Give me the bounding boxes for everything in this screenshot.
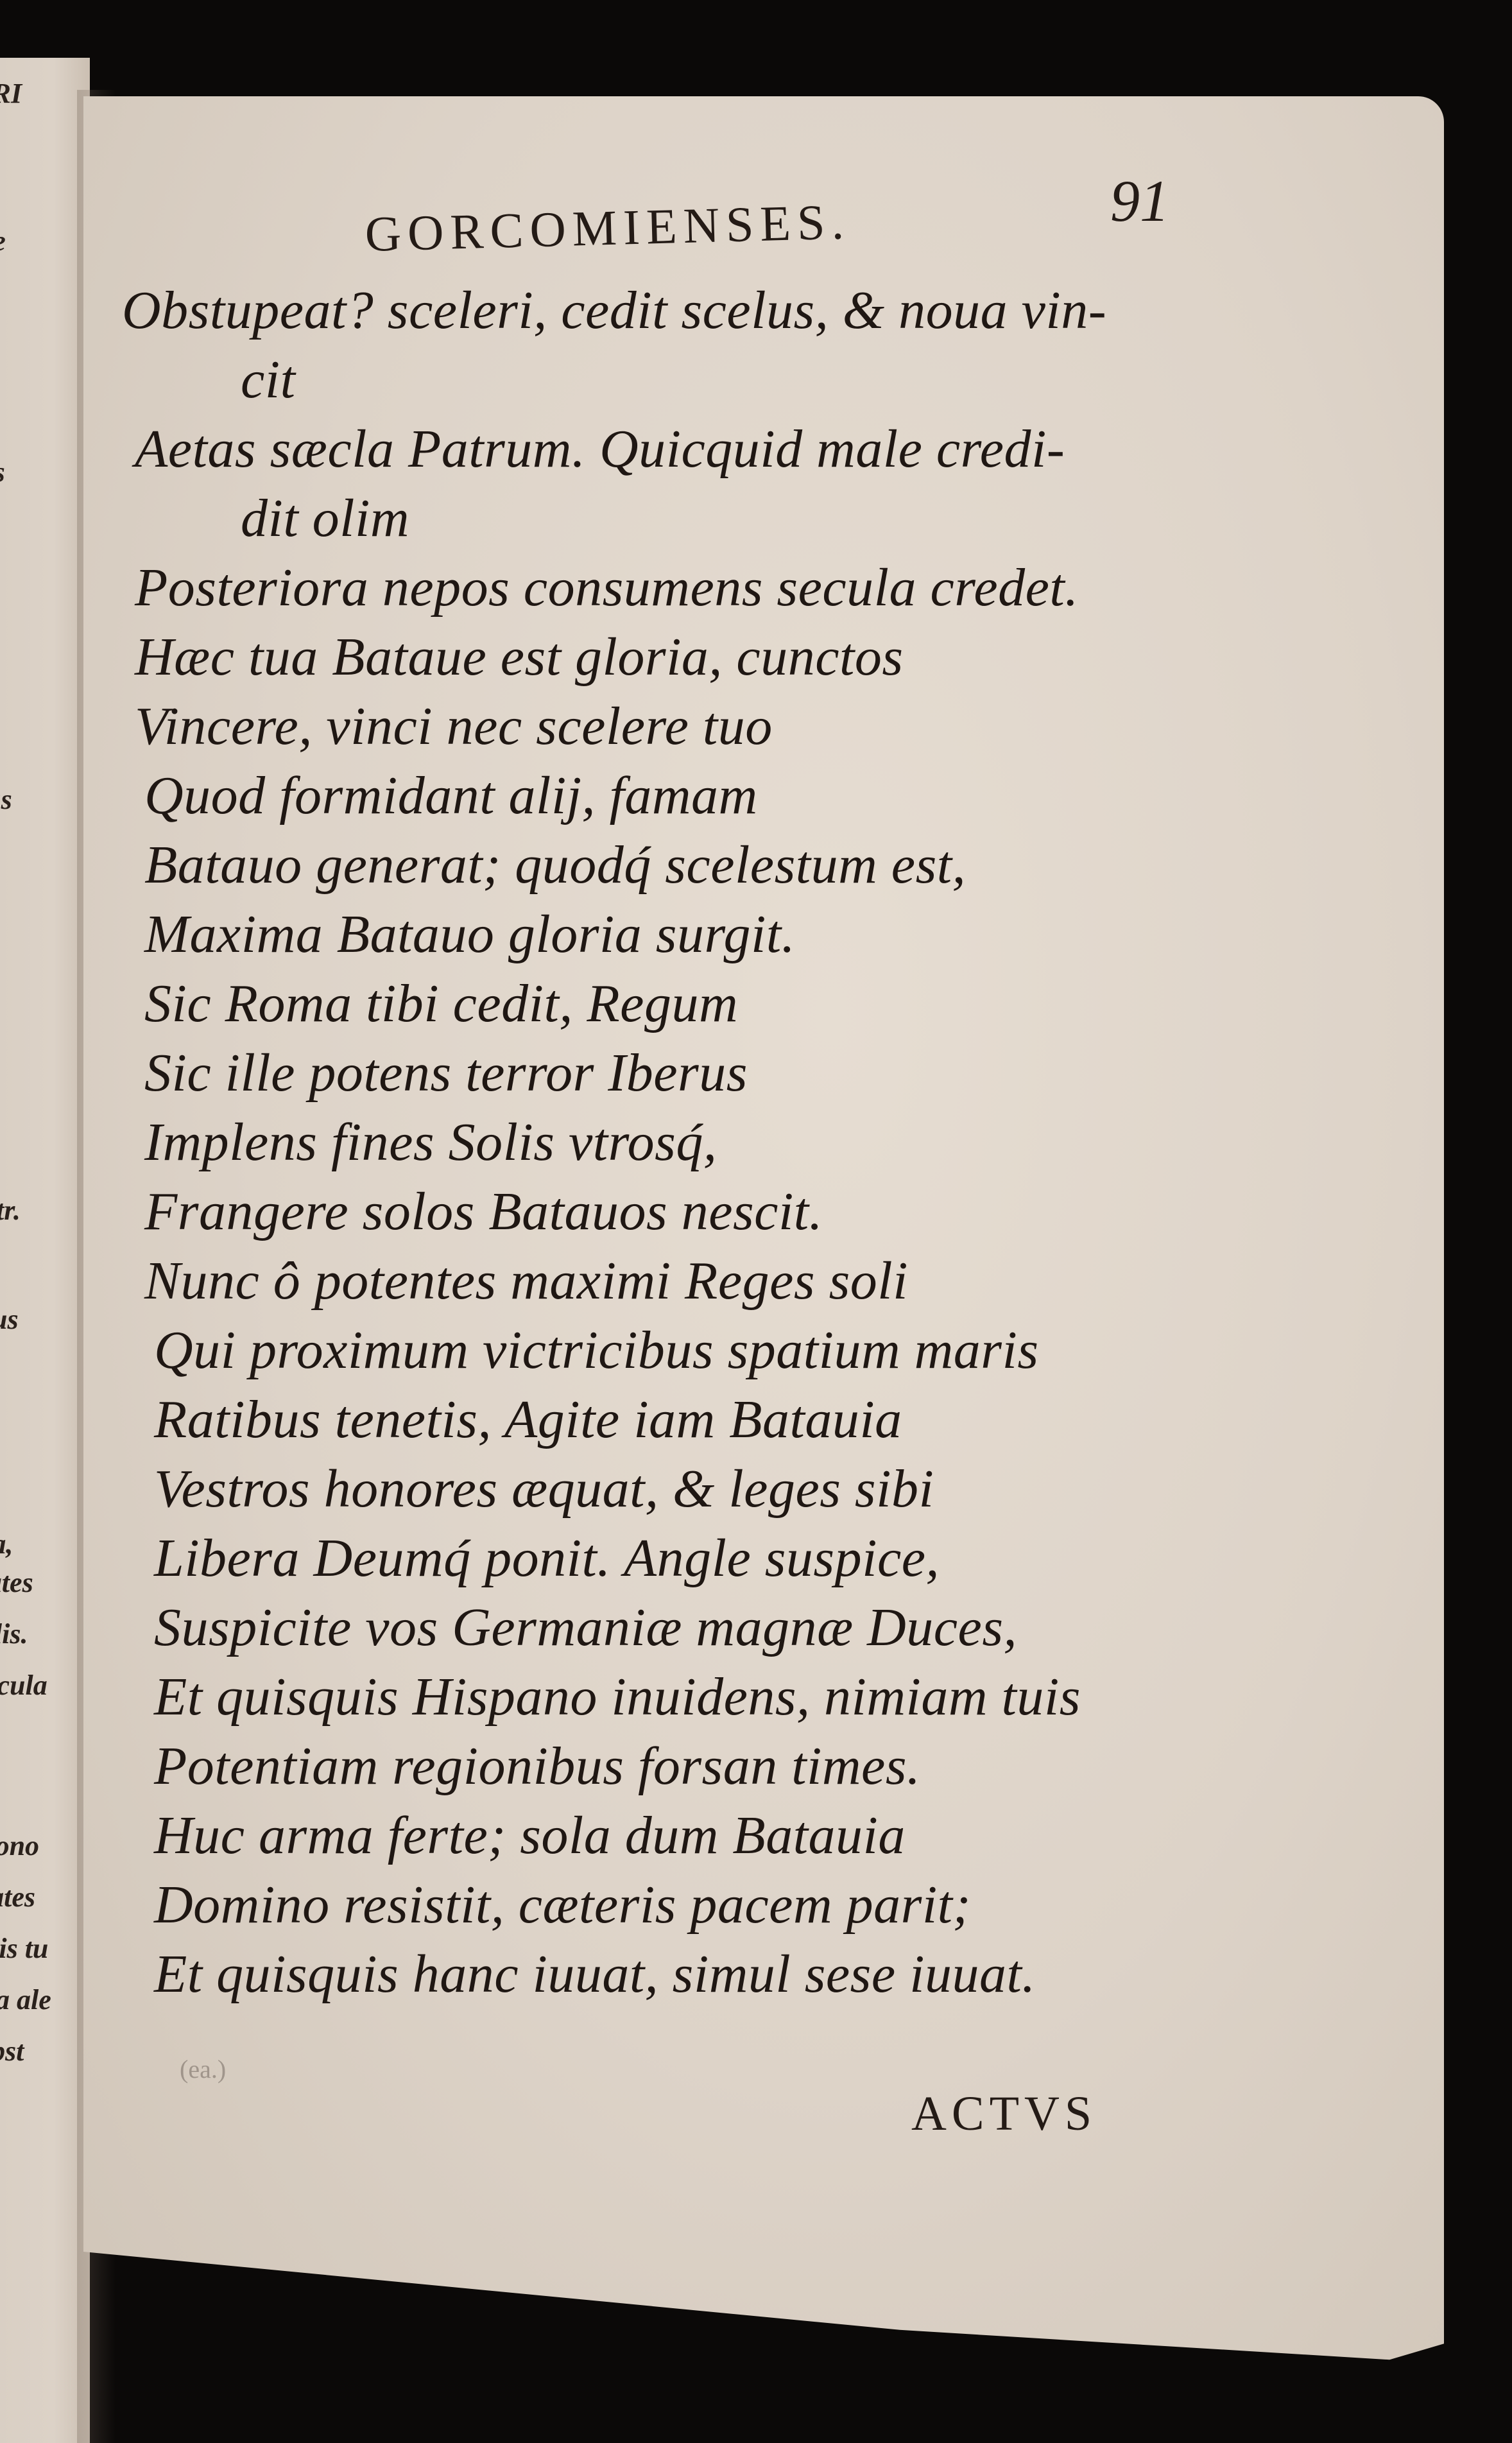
verse-line: cit	[122, 345, 1341, 415]
book-page: GORCOMIENSES. 91 Obstupeat? sceleri, ced…	[83, 96, 1444, 2394]
page-number: 91	[1110, 167, 1169, 235]
running-head: GORCOMIENSES.	[365, 193, 851, 263]
verse-line: Implens fines Solis vtrosq́,	[122, 1108, 1341, 1177]
facing-page-text-fragment: ARI	[0, 77, 22, 110]
faint-bleedthrough-mark: (ea.)	[180, 2054, 226, 2084]
verse-line: Vincere, vinci nec scelere tuo	[122, 692, 1341, 761]
facing-page-text-fragment: e	[0, 225, 6, 257]
verse-line: Vestros honores æquat, & leges sibi	[122, 1455, 1341, 1524]
verse-line: Et quisquis Hispano inuidens, nimiam tui…	[122, 1662, 1341, 1732]
verse-line: Frangere solos Batauos nescit.	[122, 1177, 1341, 1247]
verse-line: Suspicite vos Germaniæ magnæ Duces,	[122, 1593, 1341, 1662]
verse-line: Libera Deumq́ ponit. Angle suspice,	[122, 1524, 1341, 1593]
verse-line: Nunc ô potentes maximi Reges soli	[122, 1247, 1341, 1316]
verse-line: dit olim	[122, 484, 1341, 553]
facing-page-text-fragment: uelis.	[0, 1618, 28, 1650]
verse-line: Sic Roma tibi cedit, Regum	[122, 969, 1341, 1039]
facing-page-text-fragment: Viridis tu	[0, 1932, 48, 1965]
verse-line: Batauo generat; quodq́ scelestum est,	[122, 831, 1341, 900]
catchword: ACTVS	[911, 2086, 1097, 2142]
verse-line: Potentiam regionibus forsan times.	[122, 1732, 1341, 1801]
facing-page-text-fragment: et hono	[0, 1829, 39, 1862]
facing-page-text-fragment: enates	[0, 1566, 33, 1599]
facing-page-left: ARIesusá tr.busla,enatesuelis.miraculaet…	[0, 58, 90, 2443]
verse-line: Huc arma ferte; sola dum Batauia	[122, 1801, 1341, 1870]
verse-line: Obstupeat? sceleri, cedit scelus, & noua…	[122, 276, 1341, 345]
verse-line: Hæc tua Bataue est gloria, cunctos	[122, 623, 1341, 692]
facing-page-text-fragment: rmates	[0, 1881, 35, 1913]
verse-line: Qui proximum victricibus spatium maris	[122, 1316, 1341, 1385]
verse-line: Aetas sæcla Patrum. Quicquid male credi-	[122, 415, 1341, 484]
verse-text-block: Obstupeat? sceleri, cedit scelus, & noua…	[122, 276, 1341, 2009]
verse-line: Sic ille potens terror Iberus	[122, 1039, 1341, 1108]
facing-page-text-fragment: bus	[0, 1303, 19, 1336]
verse-line: Ratibus tenetis, Agite iam Batauia	[122, 1385, 1341, 1455]
facing-page-text-fragment: menta ale	[0, 1983, 51, 2016]
facing-page-text-fragment: Obst	[0, 2035, 24, 2067]
facing-page-text-fragment: miracula	[0, 1669, 47, 1702]
verse-line: Maxima Batauo gloria surgit.	[122, 900, 1341, 969]
verse-line: Et quisquis hanc iuuat, simul sese iuuat…	[122, 1940, 1341, 2009]
verse-line: Posteriora nepos consumens secula credet…	[122, 553, 1341, 623]
facing-page-text-fragment: á tr.	[0, 1194, 21, 1227]
verse-line: Quod formidant alij, famam	[122, 761, 1341, 831]
facing-page-text-fragment: us	[0, 783, 12, 816]
facing-page-text-fragment: s	[0, 456, 5, 488]
verse-line: Domino resistit, cæteris pacem parit;	[122, 1870, 1341, 1940]
facing-page-text-fragment: la,	[0, 1528, 13, 1560]
